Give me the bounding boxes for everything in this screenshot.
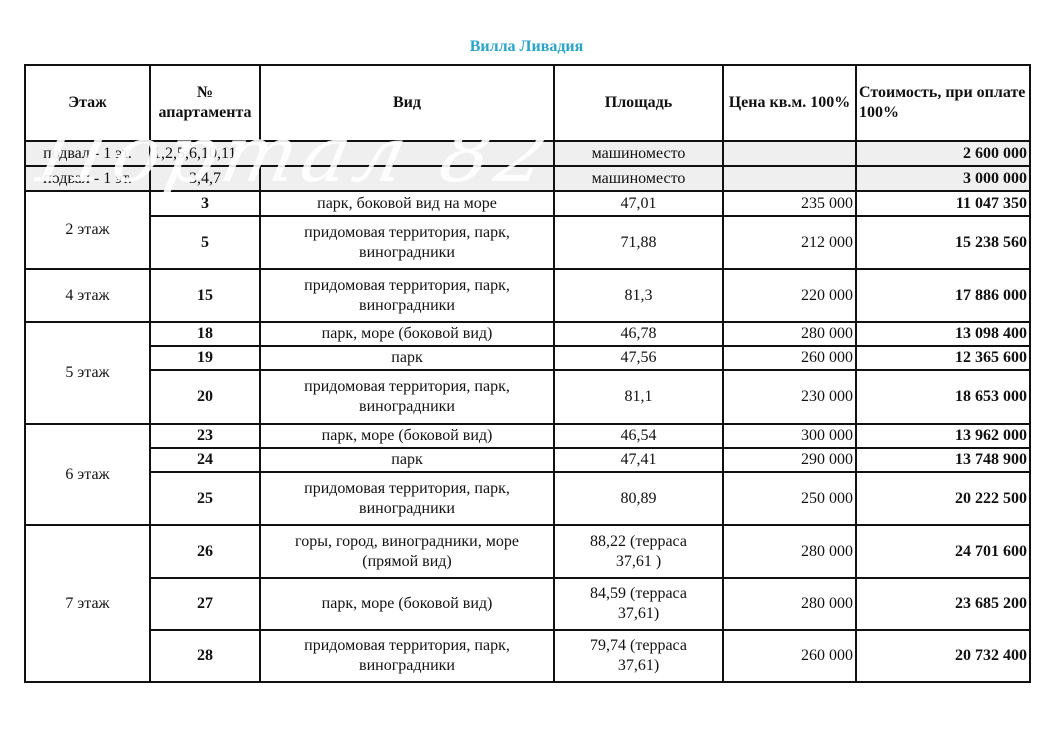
price-sqm-cell: 280 000 (723, 322, 856, 346)
apartment-row: 6 этаж23парк, море (боковой вид)46,54300… (25, 424, 1030, 448)
price-sqm-cell: 280 000 (723, 525, 856, 578)
parking-price-sqm (723, 166, 856, 191)
area-cell: 71,88 (554, 216, 723, 269)
price-sqm-cell: 235 000 (723, 191, 856, 216)
total-cell: 15 238 560 (856, 216, 1030, 269)
apartment-row: 25придомовая территория, парк, виноградн… (25, 472, 1030, 525)
floor-cell: 5 этаж (25, 322, 150, 424)
parking-type: машиноместо (554, 141, 723, 166)
area-cell: 46,78 (554, 322, 723, 346)
parking-row: подвал - 1 эт. 1,2,5,6,10,11 машиноместо… (25, 141, 1030, 166)
price-sqm-cell: 290 000 (723, 448, 856, 472)
apartment-number: 19 (150, 346, 260, 370)
area-cell: 80,89 (554, 472, 723, 525)
header-apartment: № апартамента (150, 65, 260, 141)
price-sqm-cell: 280 000 (723, 578, 856, 630)
price-sqm-cell: 230 000 (723, 370, 856, 424)
header-row: Этаж № апартамента Вид Площадь Цена кв.м… (25, 65, 1030, 141)
apartment-row: 5 этаж18парк, море (боковой вид)46,78280… (25, 322, 1030, 346)
price-sqm-cell: 250 000 (723, 472, 856, 525)
parking-view (260, 166, 554, 191)
apartment-row: 2 этаж3парк, боковой вид на море47,01235… (25, 191, 1030, 216)
view-cell: придомовая территория, парк, виноградник… (260, 216, 554, 269)
total-cell: 13 748 900 (856, 448, 1030, 472)
apartment-number: 27 (150, 578, 260, 630)
apartment-number: 26 (150, 525, 260, 578)
view-cell: горы, город, виноградники, море (прямой … (260, 525, 554, 578)
area-cell: 79,74 (терраса 37,61) (554, 630, 723, 682)
total-cell: 17 886 000 (856, 269, 1030, 322)
floor-cell: 2 этаж (25, 191, 150, 269)
view-cell: парк, море (боковой вид) (260, 578, 554, 630)
apartment-row: 20придомовая территория, парк, виноградн… (25, 370, 1030, 424)
parking-floor: подвал - 1 эт. (25, 141, 150, 166)
apartment-number: 24 (150, 448, 260, 472)
area-cell: 47,01 (554, 191, 723, 216)
apartment-number: 18 (150, 322, 260, 346)
parking-price-sqm (723, 141, 856, 166)
view-cell: парк, боковой вид на море (260, 191, 554, 216)
price-sqm-cell: 260 000 (723, 630, 856, 682)
area-cell: 47,56 (554, 346, 723, 370)
parking-total: 2 600 000 (856, 141, 1030, 166)
total-cell: 20 222 500 (856, 472, 1030, 525)
area-cell: 46,54 (554, 424, 723, 448)
apartment-number: 28 (150, 630, 260, 682)
view-cell: придомовая территория, парк, виноградник… (260, 472, 554, 525)
price-sqm-cell: 300 000 (723, 424, 856, 448)
apartment-number: 5 (150, 216, 260, 269)
floor-cell: 4 этаж (25, 269, 150, 322)
view-cell: придомовая территория, парк, виноградник… (260, 370, 554, 424)
header-price-sqm: Цена кв.м. 100% (723, 65, 856, 141)
area-cell: 47,41 (554, 448, 723, 472)
apartment-number: 3 (150, 191, 260, 216)
area-cell: 81,3 (554, 269, 723, 322)
parking-floor: подвал - 1 эт. (25, 166, 150, 191)
view-cell: парк (260, 346, 554, 370)
area-cell: 84,59 (терраса 37,61) (554, 578, 723, 630)
header-floor: Этаж (25, 65, 150, 141)
parking-apartments: 1,2,5,6,10,11 (150, 141, 554, 166)
apartment-number: 15 (150, 269, 260, 322)
parking-row: подвал - 1 эт. 3,4,7 машиноместо 3 000 0… (25, 166, 1030, 191)
price-sqm-cell: 220 000 (723, 269, 856, 322)
area-cell: 88,22 (терраса 37,61 ) (554, 525, 723, 578)
total-cell: 24 701 600 (856, 525, 1030, 578)
price-sqm-cell: 212 000 (723, 216, 856, 269)
floor-cell: 6 этаж (25, 424, 150, 525)
total-cell: 18 653 000 (856, 370, 1030, 424)
header-area: Площадь (554, 65, 723, 141)
apartment-number: 23 (150, 424, 260, 448)
apartment-row: 7 этаж26горы, город, виноградники, море … (25, 525, 1030, 578)
total-cell: 13 962 000 (856, 424, 1030, 448)
total-cell: 11 047 350 (856, 191, 1030, 216)
price-sqm-cell: 260 000 (723, 346, 856, 370)
apartment-number: 20 (150, 370, 260, 424)
parking-apartments: 3,4,7 (150, 166, 260, 191)
total-cell: 12 365 600 (856, 346, 1030, 370)
total-cell: 13 098 400 (856, 322, 1030, 346)
price-table: Этаж № апартамента Вид Площадь Цена кв.м… (24, 64, 1031, 683)
header-view: Вид (260, 65, 554, 141)
apartment-row: 24парк47,41290 00013 748 900 (25, 448, 1030, 472)
apartment-row: 27парк, море (боковой вид)84,59 (терраса… (25, 578, 1030, 630)
total-cell: 23 685 200 (856, 578, 1030, 630)
view-cell: парк, море (боковой вид) (260, 424, 554, 448)
parking-total: 3 000 000 (856, 166, 1030, 191)
view-cell: парк, море (боковой вид) (260, 322, 554, 346)
parking-type: машиноместо (554, 166, 723, 191)
view-cell: придомовая территория, парк, виноградник… (260, 269, 554, 322)
document-title: Вилла Ливадия (0, 38, 1053, 56)
area-cell: 81,1 (554, 370, 723, 424)
apartment-row: 5придомовая территория, парк, виноградни… (25, 216, 1030, 269)
total-cell: 20 732 400 (856, 630, 1030, 682)
apartment-number: 25 (150, 472, 260, 525)
header-total: Стоимость, при оплате 100% (856, 65, 1030, 141)
apartment-row: 19парк47,56260 00012 365 600 (25, 346, 1030, 370)
view-cell: придомовая территория, парк, виноградник… (260, 630, 554, 682)
apartment-row: 4 этаж15придомовая территория, парк, вин… (25, 269, 1030, 322)
apartment-row: 28придомовая территория, парк, виноградн… (25, 630, 1030, 682)
floor-cell: 7 этаж (25, 525, 150, 682)
view-cell: парк (260, 448, 554, 472)
